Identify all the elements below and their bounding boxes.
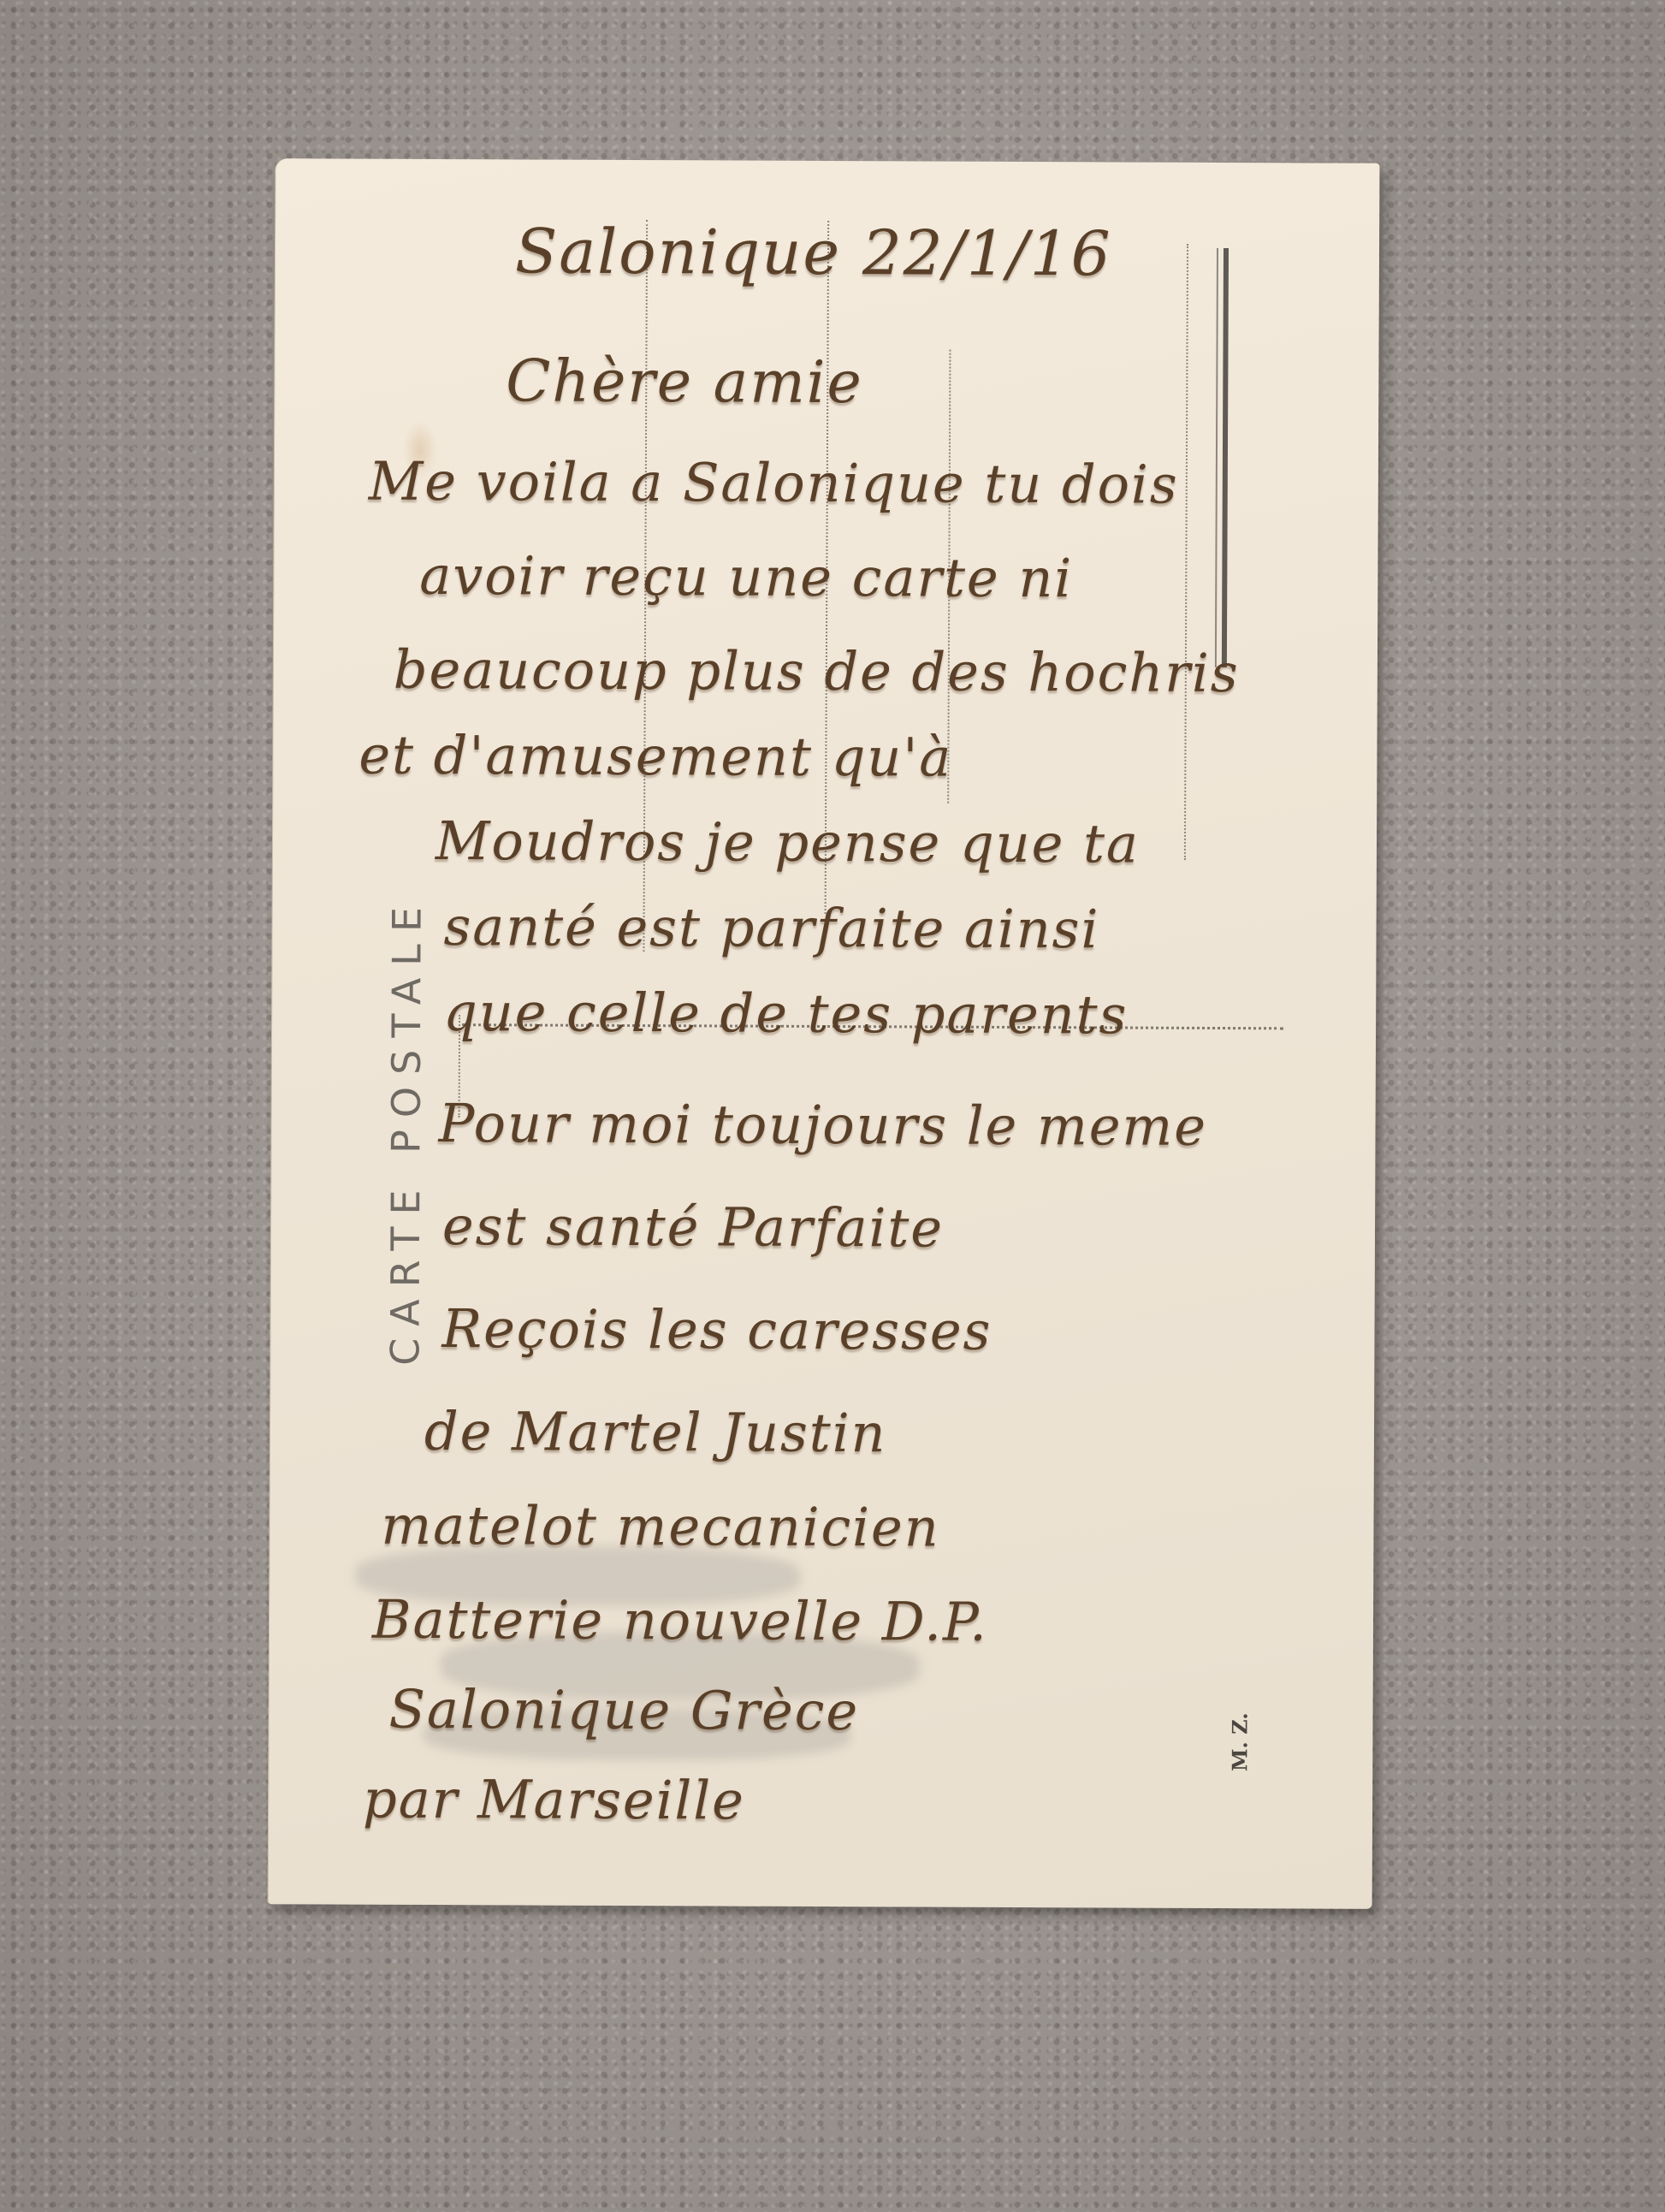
postcard: CARTE POSTALE Salonique 22/1/16 Chère am… [269, 158, 1380, 1909]
letter-line: Reçois les caresses [441, 1297, 992, 1362]
letter-line: Salonique Grèce [388, 1678, 859, 1742]
letter-line: santé est parfaite ainsi [443, 895, 1099, 960]
letter-line: par Marseille [363, 1768, 745, 1832]
letter-line: Me voila a Salonique tu dois [369, 450, 1179, 516]
printed-heading: CARTE POSTALE [382, 895, 430, 1366]
letter-line: est santé Parfaite [442, 1195, 944, 1260]
letter-line: de Martel Justin [424, 1400, 887, 1464]
salutation: Chère amie [506, 347, 863, 417]
printer-mark: M. Z. [1227, 1712, 1252, 1771]
center-divider-thin [1215, 248, 1218, 667]
letter-line: Pour moi toujours le meme [438, 1092, 1207, 1158]
letter-line: Batterie nouvelle D.P. [372, 1588, 988, 1653]
letter-line: et d'amusement qu'à [358, 724, 952, 789]
letter-line: avoir reçu une carte ni [419, 544, 1073, 609]
center-divider-thick [1222, 248, 1229, 667]
letter-line: matelot mecanicien [381, 1494, 940, 1559]
letter-line: Moudros je pense que ta [436, 809, 1140, 875]
letter-line: beaucoup plus de des hochris [394, 638, 1240, 704]
dotted-line [1184, 244, 1188, 860]
letter-line: que celle de tes parents [443, 981, 1129, 1046]
place-date: Salonique 22/1/16 [515, 215, 1112, 289]
